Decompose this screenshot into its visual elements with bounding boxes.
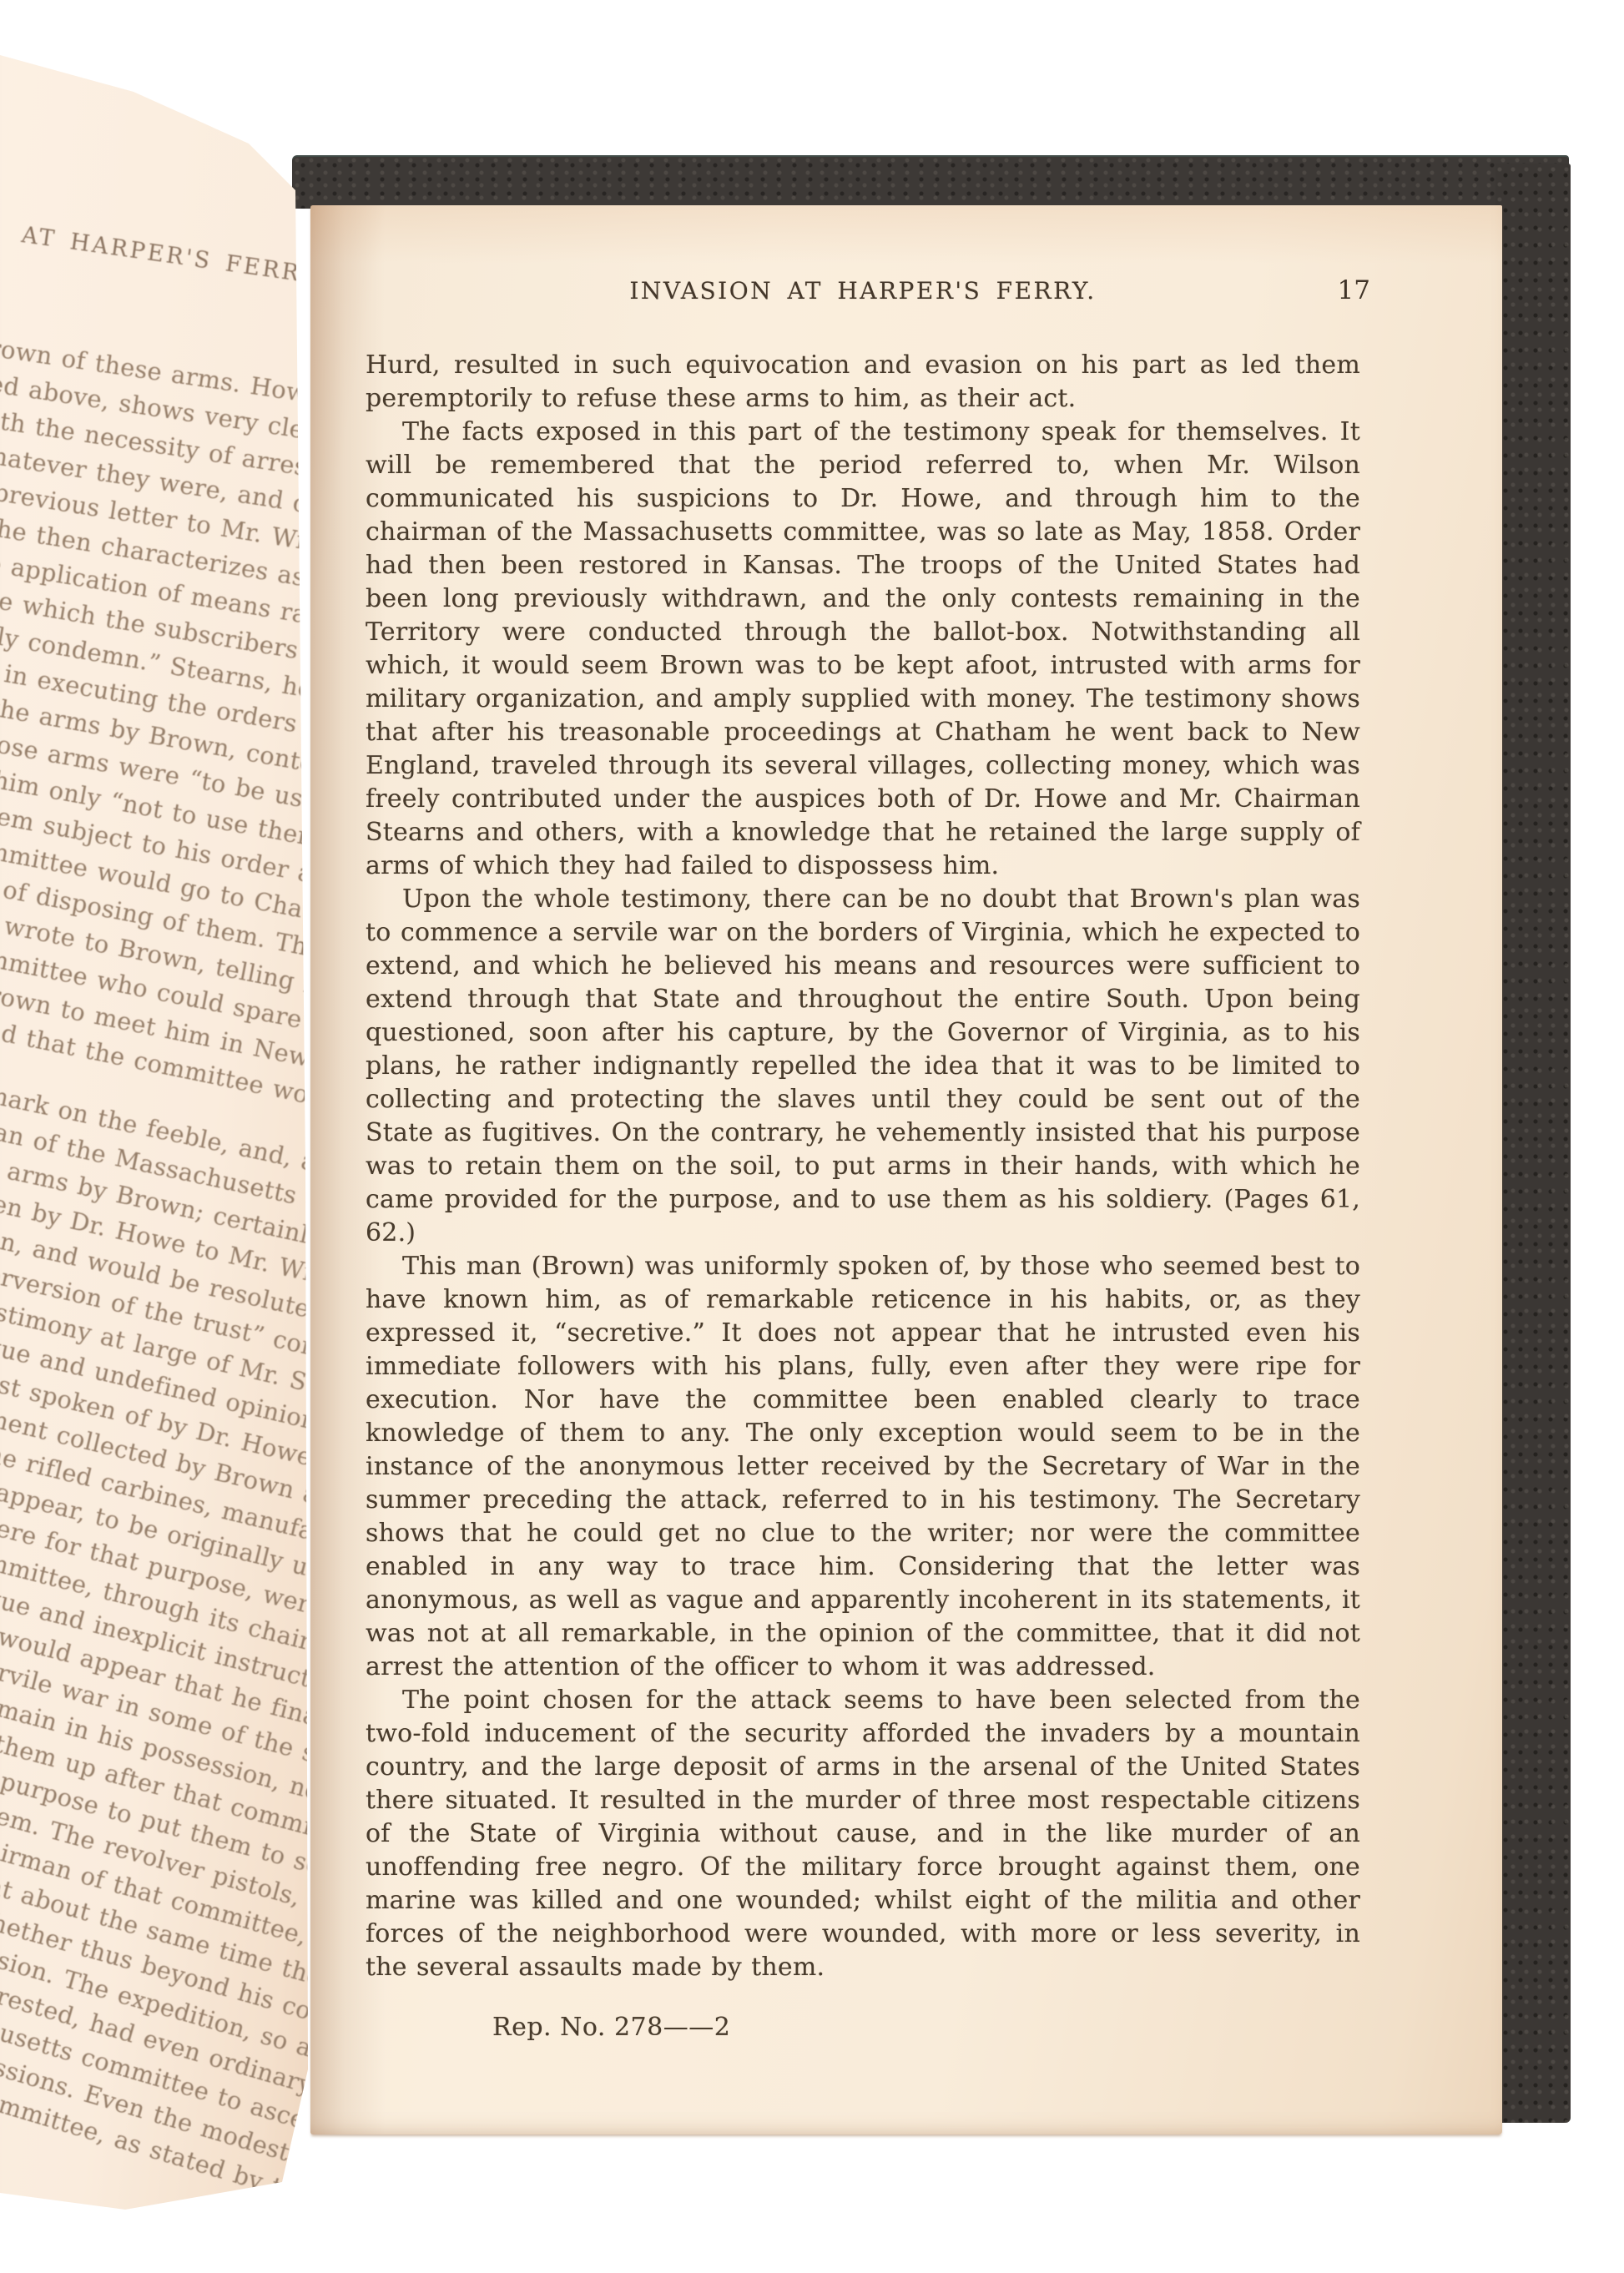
page-title: INVASION AT HARPER'S FERRY. — [629, 277, 1096, 305]
book-cover-top-edge — [292, 155, 1569, 209]
paragraph: Hurd, resulted in such equivocation and … — [366, 349, 1360, 416]
paragraph: This man (Brown) was uniformly spoken of… — [366, 1250, 1360, 1684]
signature-line: Rep. No. 278——2 — [492, 2013, 1360, 2042]
paragraph: The point chosen for the attack seems to… — [366, 1684, 1360, 1984]
left-running-head: AT HARPER'S FERRY. — [20, 222, 326, 290]
book-page-left-partial: AT HARPER'S FERRY. Brown of these arms. … — [0, 0, 359, 2273]
photograph-of-open-book: INVASION AT HARPER'S FERRY. 17 Hurd, res… — [0, 0, 1624, 2273]
page-content: INVASION AT HARPER'S FERRY. 17 Hurd, res… — [366, 277, 1360, 2042]
running-head: INVASION AT HARPER'S FERRY. 17 — [366, 277, 1360, 315]
paragraph: Upon the whole testimony, there can be n… — [366, 883, 1360, 1250]
paragraph: The facts exposed in this part of the te… — [366, 416, 1360, 883]
book-cover-fore-edge — [1495, 164, 1571, 2123]
page-number: 17 — [1338, 275, 1370, 305]
body-paragraphs: Hurd, resulted in such equivocation and … — [366, 349, 1360, 1984]
book-page-right: INVASION AT HARPER'S FERRY. 17 Hurd, res… — [310, 205, 1502, 2134]
